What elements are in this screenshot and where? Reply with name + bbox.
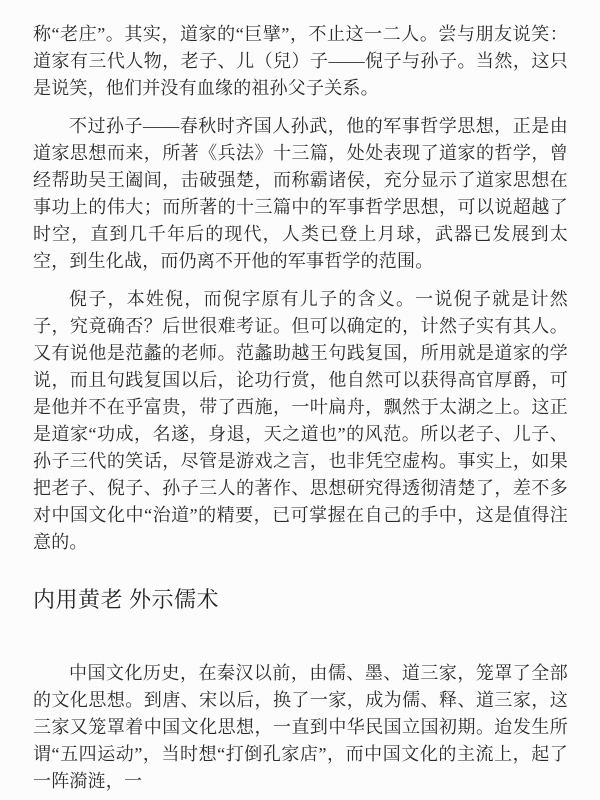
paragraph-laozhuang-continuation: 称“老庄”。其实，道家的“巨擘”，不止这一二人。尝与朋友说笑：道家有三代人物，老… [33, 21, 568, 102]
paragraph-nizi: 倪子，本姓倪，而倪字原有儿子的含义。一说倪子就是计然子，究竟确否？后世很难考证。… [33, 286, 568, 556]
book-page: 称“老庄”。其实，道家的“巨擘”，不止这一二人。尝与朋友说笑：道家有三代人物，老… [0, 0, 600, 800]
section-heading: 内用黄老 外示儒术 [33, 587, 568, 613]
paragraph-culture-history: 中国文化历史，在秦汉以前，由儒、墨、道三家，笼罩了全部的文化思想。到唐、宋以后，… [33, 660, 568, 795]
paragraph-sunzi: 不过孙子——春秋时齐国人孙武，他的军事哲学思想，正是由道家思想而来，所著《兵法》… [33, 113, 568, 275]
